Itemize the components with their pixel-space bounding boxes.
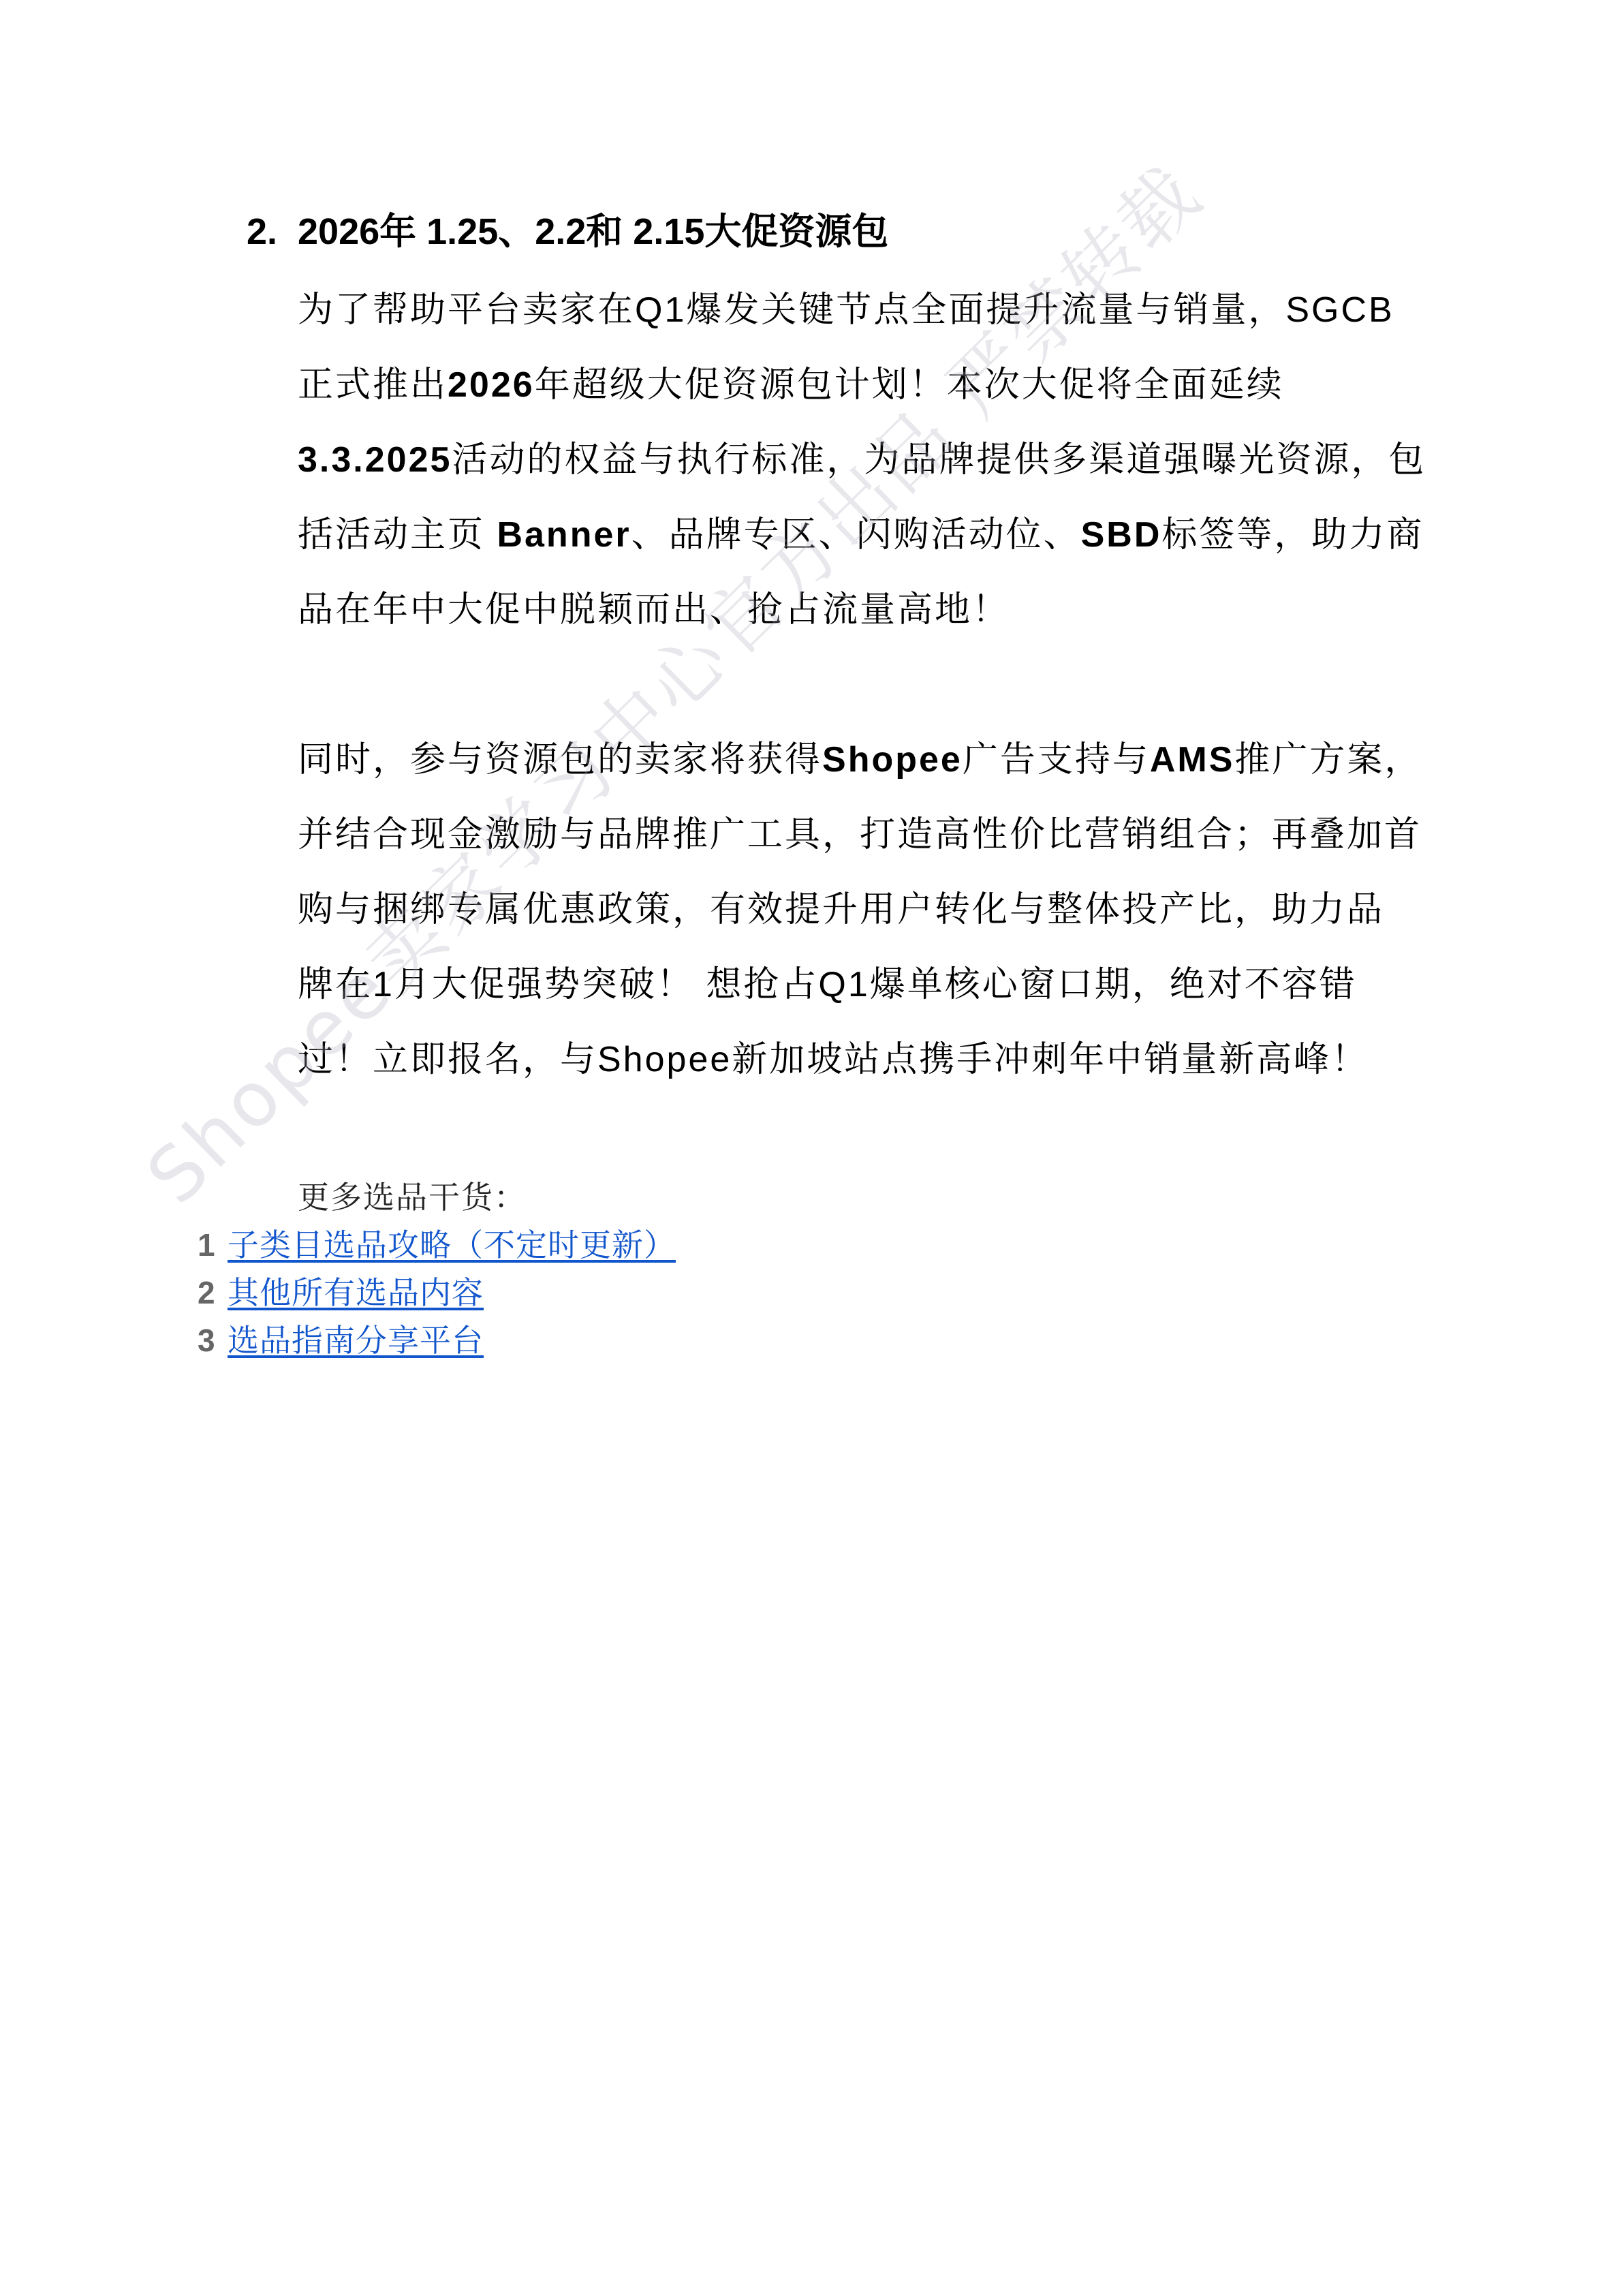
- more-resources-title: 更多选品干货：: [298, 1173, 527, 1221]
- text-run: 、品牌专区、闪购活动位、: [631, 515, 1081, 555]
- paragraph-line: 并结合现金激励与品牌推广工具，打造高性价比营销组合；再叠加首: [298, 797, 1469, 872]
- resource-link-item: 1子类目选品攻略（不定时更新）: [198, 1221, 676, 1269]
- link-subcategory-guide[interactable]: 子类目选品攻略（不定时更新）: [228, 1227, 676, 1263]
- paragraph-line: 为了帮助平台卖家在Q1爆发关键节点全面提升流量与销量，SGCB: [298, 273, 1469, 348]
- paragraph-line: 正式推出2026年超级大促资源包计划！本次大促将全面延续: [298, 348, 1469, 422]
- text-run: 购与捆绑专属优惠政策，有效提升用户转化与整体投产比，助力品: [298, 890, 1384, 929]
- link-index: 3: [198, 1316, 228, 1364]
- text-run: 正式推出: [298, 365, 448, 405]
- paragraph-line: 括活动主页 Banner、品牌专区、闪购活动位、SBD标签等，助力商: [298, 497, 1469, 572]
- text-run: 年超级大促资源包计划！本次大促将全面延续: [535, 365, 1284, 405]
- paragraph-line: 同时，参与资源包的卖家将获得Shopee广告支持与AMS推广方案，: [298, 722, 1469, 797]
- paragraph-line: 品在年中大促中脱颖而出、抢占流量高地！: [298, 572, 1469, 647]
- paragraph-intro: 为了帮助平台卖家在Q1爆发关键节点全面提升流量与销量，SGCB 正式推出2026…: [298, 273, 1469, 647]
- link-index: 2: [198, 1269, 228, 1316]
- text-run: 牌在1月大促强势突破！ 想抢占Q1爆单核心窗口期，绝对不容错: [298, 965, 1357, 1004]
- heading-text: 2026年 1.25、2.2和 2.15大促资源包: [298, 211, 888, 252]
- paragraph-benefits: 同时，参与资源包的卖家将获得Shopee广告支持与AMS推广方案， 并结合现金激…: [298, 722, 1469, 1097]
- bold-text: Shopee: [822, 740, 963, 780]
- paragraph-line: 3.3.2025活动的权益与执行标准，为品牌提供多渠道强曝光资源，包: [298, 422, 1469, 497]
- bold-text: 2026: [448, 365, 535, 405]
- text-run: 并结合现金激励与品牌推广工具，打造高性价比营销组合；再叠加首: [298, 815, 1422, 854]
- bold-text: Banner: [497, 515, 631, 555]
- paragraph-line: 牌在1月大促强势突破！ 想抢占Q1爆单核心窗口期，绝对不容错: [298, 947, 1469, 1022]
- paragraph-line: 购与捆绑专属优惠政策，有效提升用户转化与整体投产比，助力品: [298, 872, 1469, 947]
- bold-text: AMS: [1150, 740, 1235, 780]
- text-run: 品在年中大促中脱颖而出、抢占流量高地！: [298, 590, 1010, 630]
- text-run: 广告支持与: [963, 740, 1150, 780]
- text-run: 推广方案，: [1234, 740, 1422, 780]
- document-page: 2.2026年 1.25、2.2和 2.15大促资源包 为了帮助平台卖家在Q1爆…: [0, 0, 1624, 2295]
- bold-text: 3.3.2025: [298, 440, 452, 480]
- heading-number: 2.: [247, 204, 298, 259]
- text-run: 标签等，助力商: [1161, 515, 1424, 555]
- text-run: 过！立即报名，与Shopee新加坡站点携手冲刺年中销量新高峰！: [298, 1040, 1369, 1079]
- text-run: 活动的权益与执行标准，为品牌提供多渠道强曝光资源，包: [452, 440, 1426, 480]
- link-selection-guide-platform[interactable]: 选品指南分享平台: [228, 1323, 484, 1358]
- bold-text: SBD: [1081, 515, 1162, 555]
- resource-links-list: 1子类目选品攻略（不定时更新） 2其他所有选品内容 3选品指南分享平台: [198, 1221, 676, 1364]
- text-run: 括活动主页: [298, 515, 497, 555]
- paragraph-line: 过！立即报名，与Shopee新加坡站点携手冲刺年中销量新高峰！: [298, 1022, 1469, 1097]
- link-all-selection-content[interactable]: 其他所有选品内容: [228, 1275, 484, 1310]
- resource-link-item: 3选品指南分享平台: [198, 1316, 676, 1364]
- resource-link-item: 2其他所有选品内容: [198, 1269, 676, 1316]
- link-index: 1: [198, 1221, 228, 1269]
- section-heading: 2.2026年 1.25、2.2和 2.15大促资源包: [247, 204, 888, 259]
- text-run: 同时，参与资源包的卖家将获得: [298, 740, 822, 780]
- text-run: 为了帮助平台卖家在Q1爆发关键节点全面提升流量与销量，SGCB: [298, 290, 1394, 330]
